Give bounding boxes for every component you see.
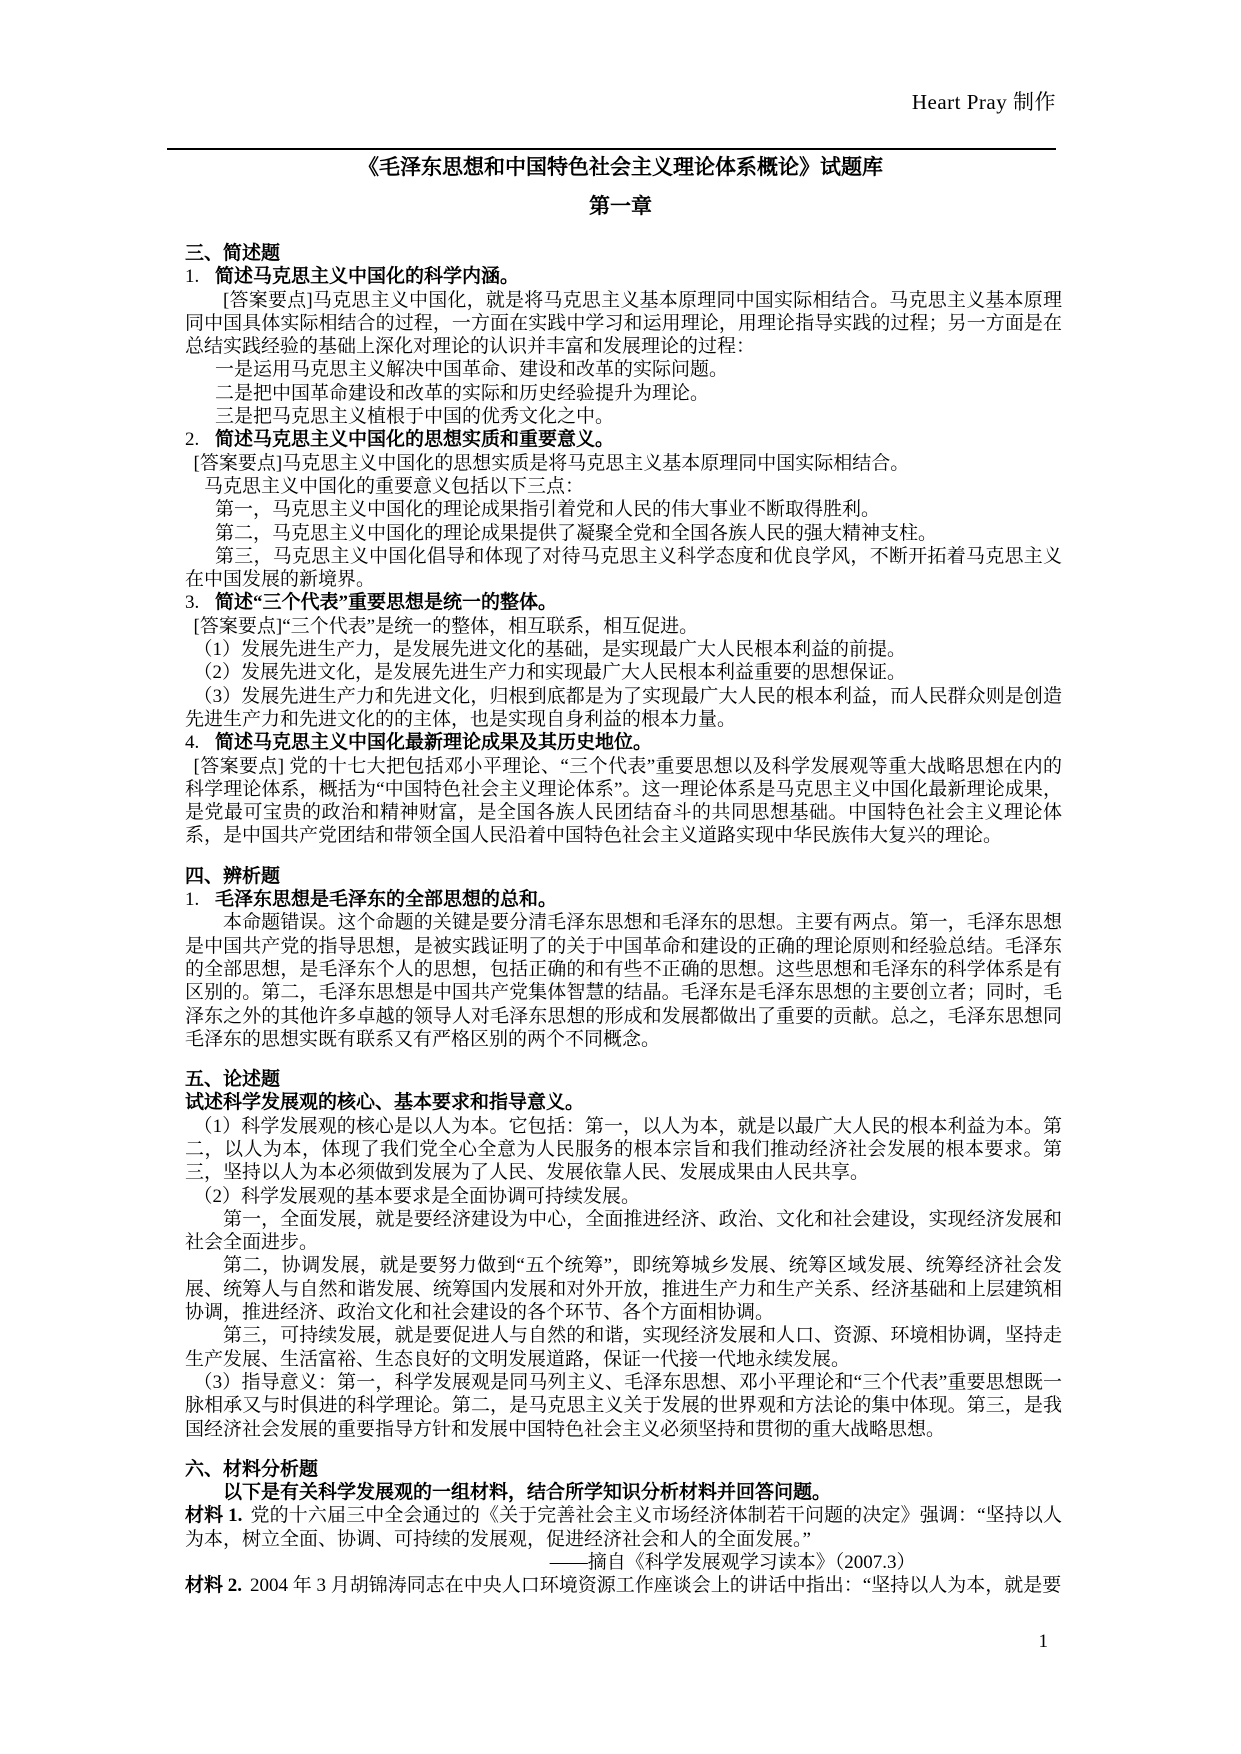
section-heading: 三、简述题 bbox=[185, 242, 1062, 265]
section-brief-questions: 三、简述题 1.简述马克思主义中国化的科学内涵。 [答案要点]马克思主义中国化，… bbox=[185, 242, 1062, 848]
answer-paragraph: 三是把马克思主义植根于中国的优秀文化之中。 bbox=[185, 405, 1062, 428]
answer-paragraph: 本命题错误。这个命题的关键是要分清毛泽东思想和毛泽东的思想。主要有两点。第一，毛… bbox=[185, 911, 1062, 1051]
answer-paragraph: （3）发展先进生产力和先进文化，归根到底都是为了实现最广大人民的根本利益，而人民… bbox=[185, 685, 1062, 732]
section-heading: 六、材料分析题 bbox=[185, 1458, 1062, 1481]
question-number: 4. bbox=[185, 731, 215, 754]
question-number: 1. bbox=[185, 265, 215, 288]
material-intro: 以下是有关科学发展观的一组材料，结合所学知识分析材料并回答问题。 bbox=[185, 1481, 1062, 1504]
material-1: 材料 1.党的十六届三中全会通过的《关于完善社会主义市场经济体制若干问题的决定》… bbox=[185, 1504, 1062, 1551]
answer-paragraph: 第一，马克思主义中国化的理论成果指引着党和人民的伟大事业不断取得胜利。 bbox=[185, 498, 1062, 521]
section-spacer bbox=[185, 1051, 1062, 1068]
answer-paragraph: （1）科学发展观的核心是以人为本。它包括：第一，以人为本，就是以最广大人民的根本… bbox=[185, 1115, 1062, 1185]
question-title: 简述马克思主义中国化的思想实质和重要意义。 bbox=[215, 429, 614, 450]
answer-paragraph: [答案要点]马克思主义中国化的思想实质是将马克思主义基本原理同中国实际相结合。 bbox=[185, 452, 1062, 475]
answer-paragraph: 马克思主义中国化的重要意义包括以下三点： bbox=[185, 475, 1062, 498]
answer-paragraph: 一是运用马克思主义解决中国革命、建设和改革的实际问题。 bbox=[185, 358, 1062, 381]
question-title: 简述马克思主义中国化的科学内涵。 bbox=[215, 266, 519, 287]
answer-paragraph: [答案要点] 党的十七大把包括邓小平理论、“三个代表”重要思想以及科学发展观等重… bbox=[185, 755, 1062, 848]
question-4: 4.简述马克思主义中国化最新理论成果及其历史地位。 bbox=[185, 731, 1062, 754]
section-material-analysis: 六、材料分析题 以下是有关科学发展观的一组材料，结合所学知识分析材料并回答问题。… bbox=[185, 1458, 1062, 1598]
material-1-source: ——摘自《科学发展观学习读本》（2007.3） bbox=[185, 1551, 1062, 1574]
section-heading: 四、辨析题 bbox=[185, 865, 1062, 888]
question-2: 2.简述马克思主义中国化的思想实质和重要意义。 bbox=[185, 428, 1062, 451]
answer-paragraph: 第一，全面发展，就是要经济建设为中心，全面推进经济、政治、文化和社会建设，实现经… bbox=[185, 1208, 1062, 1255]
answer-paragraph: （1）发展先进生产力，是发展先进文化的基础，是实现最广大人民根本利益的前提。 bbox=[185, 638, 1062, 661]
answer-paragraph: 二是把中国革命建设和改革的实际和历史经验提升为理论。 bbox=[185, 382, 1062, 405]
material-label: 材料 2. bbox=[185, 1575, 242, 1596]
section-analysis-questions: 四、辨析题 1.毛泽东思想是毛泽东的全部思想的总和。 本命题错误。这个命题的关键… bbox=[185, 865, 1062, 1051]
question-title: 简述“三个代表”重要思想是统一的整体。 bbox=[215, 592, 557, 613]
question-title: 简述马克思主义中国化最新理论成果及其历史地位。 bbox=[215, 732, 652, 753]
question-number: 2. bbox=[185, 428, 215, 451]
document-title: 《毛泽东思想和中国特色社会主义理论体系概论》试题库 bbox=[0, 155, 1241, 179]
answer-paragraph: [答案要点]马克思主义中国化，就是将马克思主义基本原理同中国实际相结合。马克思主… bbox=[185, 289, 1062, 359]
answer-paragraph: 第三，马克思主义中国化倡导和体现了对待马克思主义科学态度和优良学风，不断开拓着马… bbox=[185, 545, 1062, 592]
essay-question-title: 试述科学发展观的核心、基本要求和指导意义。 bbox=[185, 1091, 1062, 1114]
header-credit-text: Heart Pray 制作 bbox=[912, 90, 1056, 114]
question-1: 1.简述马克思主义中国化的科学内涵。 bbox=[185, 265, 1062, 288]
chapter-heading: 第一章 bbox=[0, 194, 1241, 218]
question-3: 3.简述“三个代表”重要思想是统一的整体。 bbox=[185, 591, 1062, 614]
material-label: 材料 1. bbox=[185, 1505, 242, 1526]
question-title: 毛泽东思想是毛泽东的全部思想的总和。 bbox=[215, 889, 557, 910]
header-rule bbox=[167, 148, 1056, 150]
page-header: Heart Pray 制作 bbox=[0, 90, 1056, 114]
section-essay-questions: 五、论述题 试述科学发展观的核心、基本要求和指导意义。 （1）科学发展观的核心是… bbox=[185, 1068, 1062, 1441]
question-number: 1. bbox=[185, 888, 215, 911]
answer-paragraph: （2）发展先进文化，是发展先进生产力和实现最广大人民根本利益重要的思想保证。 bbox=[185, 661, 1062, 684]
material-text: 2004 年 3 月胡锦涛同志在中央人口环境资源工作座谈会上的讲话中指出：“坚持… bbox=[250, 1575, 1061, 1596]
answer-paragraph: 第二，协调发展，就是要努力做到“五个统筹”，即统筹城乡发展、统筹区域发展、统筹经… bbox=[185, 1254, 1062, 1324]
page-number: 1 bbox=[1039, 1631, 1049, 1652]
answer-paragraph: 第二，马克思主义中国化的理论成果提供了凝聚全党和全国各族人民的强大精神支柱。 bbox=[185, 522, 1062, 545]
material-text: 党的十六届三中全会通过的《关于完善社会主义市场经济体制若干问题的决定》强调：“坚… bbox=[185, 1505, 1062, 1549]
document-page: Heart Pray 制作 《毛泽东思想和中国特色社会主义理论体系概论》试题库 … bbox=[0, 0, 1241, 1754]
answer-paragraph: （3）指导意义：第一，科学发展观是同马列主义、毛泽东思想、邓小平理论和“三个代表… bbox=[185, 1371, 1062, 1441]
answer-paragraph: [答案要点]“三个代表”是统一的整体，相互联系，相互促进。 bbox=[185, 615, 1062, 638]
section-heading: 五、论述题 bbox=[185, 1068, 1062, 1091]
question-1: 1.毛泽东思想是毛泽东的全部思想的总和。 bbox=[185, 888, 1062, 911]
answer-paragraph: （2）科学发展观的基本要求是全面协调可持续发展。 bbox=[185, 1185, 1062, 1208]
material-2: 材料 2.2004 年 3 月胡锦涛同志在中央人口环境资源工作座谈会上的讲话中指… bbox=[185, 1574, 1062, 1597]
page-footer: 1 bbox=[185, 1630, 1062, 1653]
section-spacer bbox=[185, 848, 1062, 865]
answer-paragraph: 第三，可持续发展，就是要促进人与自然的和谐，实现经济发展和人口、资源、环境相协调… bbox=[185, 1324, 1062, 1371]
document-body: 三、简述题 1.简述马克思主义中国化的科学内涵。 [答案要点]马克思主义中国化，… bbox=[185, 242, 1062, 1598]
section-spacer bbox=[185, 1441, 1062, 1458]
question-number: 3. bbox=[185, 591, 215, 614]
